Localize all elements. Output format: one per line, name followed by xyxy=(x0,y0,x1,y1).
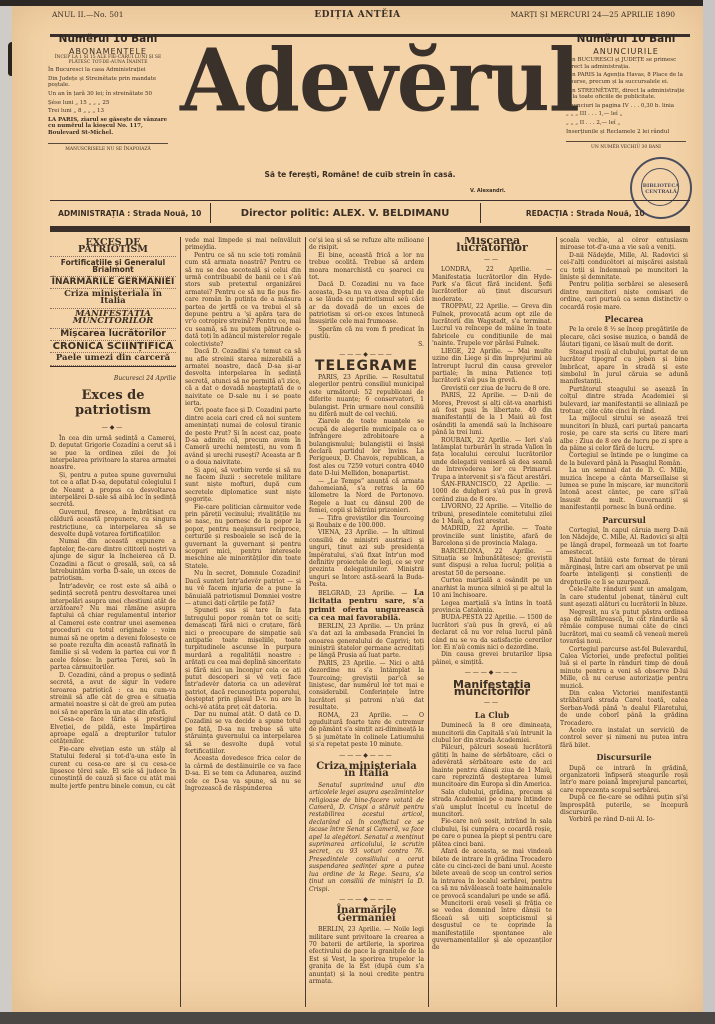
paragraph: Vorbiră pe rând D-nii Al. Io- xyxy=(560,816,688,823)
paragraph: Cele-l'alte rânduri sunt un amalgam, în … xyxy=(560,586,688,608)
subheading-parcursul: Parcursul xyxy=(560,517,688,524)
paragraph: PARIS, 22 Aprilie. — D-nii de Mores, Pre… xyxy=(432,392,552,436)
paragraph: Negreșit, nu s'a putut păstra ordinea aș… xyxy=(560,609,688,646)
masthead-motto: Să te ferești, Române! de cuĭb strein în… xyxy=(180,170,540,179)
paragraph: LIVORNO, 22 Aprilie. — Vitellio de tribu… xyxy=(432,503,552,525)
paragraph: Senatul suprimând unul din articolele le… xyxy=(309,782,424,893)
paragraph: școala vechie, al cĕror entusiasm miroas… xyxy=(560,237,688,252)
paragraph: Fie-care noŭ sosit, intrând în sala club… xyxy=(432,818,552,848)
section-heading-criza: Criza ministeriala în Italia xyxy=(309,763,424,778)
paragraph: Dacă D. Cozadini s'a temut ca să nu afle… xyxy=(185,348,301,407)
paragraph: Duminecă la 8 ore dimineața, muncitorii … xyxy=(432,722,552,744)
paragraph: D-nii Nădejde, Mille, Al. Radovici și ce… xyxy=(560,252,688,282)
column-rule xyxy=(305,237,306,1007)
admin-bar: ADMINISTRAȚIA : Strada Nouă, 10 Director… xyxy=(50,203,690,223)
section-heading-telegrame: TELEGRAME xyxy=(309,363,424,370)
paragraph: Numai din această expunere a faptelor, f… xyxy=(50,538,176,582)
paragraph: TROPPAU, 22 Aprilie. — Greva din Fulnek,… xyxy=(432,303,552,347)
paragraph: Aceasta dovedesce frica celor de la cârm… xyxy=(185,755,301,792)
price-label-right: Numĕrul 10 Bani xyxy=(566,36,686,43)
paragraph: Dacă D. Cozadini nu va face aceasta, D-s… xyxy=(309,281,424,325)
paragraph: După ce intrară în grădină, organizatori… xyxy=(560,765,688,795)
paragraph: Pe la orele 8 ½ se încep pregătirile de … xyxy=(560,326,688,348)
paragraph: Sperăm că nu vom fi predicat în pustiŭ. xyxy=(309,326,424,341)
subscription-line: LA PARIS, ziarul se găsește de vânzare c… xyxy=(48,117,168,137)
telegram: — Țifra greviștilor din Tourcoing și Rou… xyxy=(309,515,424,530)
paragraph: LIEGE, 22 Aprilie. — Mai multe uzine din… xyxy=(432,348,552,385)
subscription-line: Un an în țară 30 lei; în streinătate 50 xyxy=(48,91,168,98)
article-headline: Exces de patriotism xyxy=(50,388,176,418)
ads-line: Din PARIS la Agenția Havas, 8 Place de l… xyxy=(566,72,686,85)
ads-heading: ANUNCIURILE xyxy=(566,49,686,56)
paragraph: Din calea Victoriei manifestanții străbă… xyxy=(560,690,688,727)
telegram: Ziarele de toate nuanțele se ocupă de al… xyxy=(309,418,424,477)
paragraph: Fie-care elvețian este un stâlp al Statu… xyxy=(50,746,176,790)
paragraph: Fie-care politician cârmuitor vede prin … xyxy=(185,504,301,571)
article-dateline: Bucuresci 24 Aprilie xyxy=(50,375,176,382)
paragraph: Pentru ce să nu scie toți românii cum st… xyxy=(185,252,301,348)
section-heading-inarmari: Înarmările Germaniei xyxy=(309,907,424,922)
masthead-title: Adevĕrul xyxy=(180,38,530,124)
column-3: ce'și iea și să se refuze alte milioane … xyxy=(309,237,424,1007)
ads-line: Din STREINĔTATE, direct la administrație… xyxy=(566,88,686,101)
subscription-line: În Bucuresci la casa Administrației xyxy=(48,67,168,74)
paragraph: Pâlcuri, pâlcuri soseaŭ lucrătorii gătiț… xyxy=(432,744,552,788)
paragraph: Ei bine, această frică a lor nu trebue o… xyxy=(309,252,424,282)
paragraph: Ori poate face și D. Cozadini parte dint… xyxy=(185,407,301,466)
paragraph: Purtătorul steagului se așează în colțul… xyxy=(560,386,688,416)
scan-edge-right xyxy=(703,0,715,1024)
manuscripts-note: MANUSCRISELE NU SE ÎNAPOIAZĂ xyxy=(48,143,168,152)
issue-date: MARȚI ȘI MERCURI 24—25 APRILIE 1890 xyxy=(511,10,675,19)
column-rule xyxy=(180,237,181,1007)
column-1: EXCES DE PATRIOTISM Fortificațiile și Ge… xyxy=(50,237,176,1007)
toc-item: ÎNARMĂRILE GERMANIEI xyxy=(50,277,176,289)
price-label-left: Numĕrul 10 Bani xyxy=(48,36,168,43)
paragraph: Legea marțială s'a întins în toată provi… xyxy=(432,600,552,615)
paragraph: Muncitorii eraŭ veseli și frăția ce se v… xyxy=(432,900,552,952)
ads-line: Inserțiunile și Reclamele 2 lei rândul xyxy=(566,129,686,136)
toc-item: Criza ministeriala în Italia xyxy=(50,289,176,309)
administration-address: ADMINISTRAȚIA : Strada Nouă, 10 xyxy=(50,203,211,223)
paragraph: Într'adevĕr, ce rost este să aibă o ședi… xyxy=(50,583,176,672)
column-2: vede mai limpede și mai neînvăluit prime… xyxy=(185,237,301,1007)
admin-rule-bottom xyxy=(50,226,690,232)
paragraph: LONDRA, 22 Aprilie. — Manifestația lucră… xyxy=(432,266,552,303)
paragraph: SAN-FRANCISCO, 22 Aprilie. — 1000 de dul… xyxy=(432,481,552,503)
paragraph: Cortegiul parcurse ast-fel Bulevardul, C… xyxy=(560,646,688,690)
telegram: ROMA, 23 Aprilie. — O zguduitură foarte … xyxy=(309,712,424,749)
subscription-line: Trei luni „ 8 „ „ „ 13 xyxy=(48,108,168,115)
column-rule xyxy=(556,237,557,1007)
telegram: — „Le Temps” anunță că armata dahomeiană… xyxy=(309,478,424,515)
admin-rule-top xyxy=(50,200,690,201)
paragraph: ROUBAIX, 22 Aprilie. — Ieri s'aŭ întâmpl… xyxy=(432,437,552,481)
article-signature: S. xyxy=(309,341,424,348)
section-heading-miscarea: Mișcarea lucrătorilor xyxy=(432,237,552,252)
subheading-plecarea: Plecarea xyxy=(560,316,688,323)
paragraph: Spuneți sus și tare în fața întregului p… xyxy=(185,607,301,711)
subscription-line: Șése luni „ 15 „ „ „ 25 xyxy=(48,100,168,107)
paragraph: D. Cozadini, când a propus o ședință sec… xyxy=(50,672,176,716)
ornament: —— xyxy=(432,699,552,706)
ornament: —◆— xyxy=(50,424,176,431)
paragraph: Sala clubului, grădina, precum și strada… xyxy=(432,789,552,819)
paragraph: Rândul întâiŭ este format de țĕrani mărg… xyxy=(560,557,688,587)
library-stamp: BIBLIOTECA CENTRALĂ xyxy=(630,157,692,219)
subheading-discursurile: Discursurile xyxy=(560,754,688,761)
paragraph: Și, pentru a putea spune guvernului tot … xyxy=(50,472,176,509)
table-of-contents: EXCES DE PATRIOTISM Fortificațiile și Ge… xyxy=(50,237,176,367)
paragraph: Din causa grevei brutarilor lipsa pâinei… xyxy=(432,651,552,666)
ads-line: „ „ „ III . . . 1,— leĭ „ xyxy=(566,111,686,118)
toc-item: EXCES DE PATRIOTISM xyxy=(50,237,176,257)
scan-edge-bottom xyxy=(0,1012,715,1024)
paragraph: Și apoi, să vorbim verde și să nu ne fac… xyxy=(185,467,301,504)
subscriptions-note: ÎNCEP LA 1 ȘI 15 ALE FIE-CĂRUI LUNI ȘI S… xyxy=(48,55,168,65)
paragraph: Acolo era instalat un serviciŭ de contro… xyxy=(560,727,688,749)
toc-item: Paele umezi din carceră xyxy=(50,353,176,365)
political-director: Director politic: ALEX. V. BELDIMANU xyxy=(211,203,481,223)
old-issue-note: UN NUMĔR VECHIŬ 30 BANI xyxy=(566,141,686,150)
column-5: școala vechie, al cĕror entusiasm miroas… xyxy=(560,237,688,1007)
section-heading-manifestatia: Manifestația muncitorilor xyxy=(432,681,552,696)
ornament: ———◆——— xyxy=(309,752,424,759)
paragraph: Nu în secret, Domnule Cozadini! Dacă sun… xyxy=(185,570,301,607)
paragraph: În cea din urmă ședință a Camerei, D. de… xyxy=(50,435,176,472)
toc-item: MANIFESTAȚIA MUNCITORILOR xyxy=(50,309,176,329)
ads-line: Din BUCURESCI și JUDEȚE se primesc direc… xyxy=(566,57,686,70)
toc-item: Fortificațiile și Generalul Brialmont xyxy=(50,257,176,277)
column-4: Mișcarea lucrătorilor —— LONDRA, 22 Apri… xyxy=(432,237,552,1007)
toc-item: Mișcarea lucrătorilor xyxy=(50,329,176,341)
ornament: ———◆——— xyxy=(309,896,424,903)
paragraph: BARCELONA, 22 Aprilie. — Situația se îmb… xyxy=(432,548,552,578)
telegram: VIENA, 23 Aprilie. — În ultimul consiliŭ… xyxy=(309,529,424,588)
paragraph: BERLIN, 23 Aprilie. — Noile legi militar… xyxy=(309,926,424,985)
paragraph: La mijlocul șirului se așează trei munci… xyxy=(560,415,688,452)
telegram: PARIS, 23 Aprilie. — Resultatul alegeril… xyxy=(309,374,424,418)
motto-author: V. Alexandri. xyxy=(470,188,506,194)
paragraph: Cortegiul se întinde pe o lungime ca de … xyxy=(560,452,688,467)
paragraph: După ce fie-care se odihni puțin și'și î… xyxy=(560,794,688,816)
paragraph: Cesa-ce face tăria și prestigiul Elveție… xyxy=(50,716,176,746)
stamp-text: BIBLIOTECA CENTRALĂ xyxy=(632,183,690,195)
ads-box: Numĕrul 10 Bani ANUNCIURILE Din BUCURESC… xyxy=(566,36,686,150)
paragraph: Dar nu numai atât. O dată ce D. Cozadini… xyxy=(185,711,301,755)
ads-line: „ „ „ II . . . 2,— leĭ „ xyxy=(566,120,686,127)
paragraph: Pentru poliția serbărei se aleseseră din… xyxy=(560,281,688,311)
telegram: BERLIN, 23 Aprilie. — Un prânz s'a dat a… xyxy=(309,623,424,660)
paragraph: Cortegiul, în capul căruia merg D-nii Io… xyxy=(560,527,688,557)
ornament: ———◆——— xyxy=(432,669,552,676)
paragraph: vede mai limpede și mai neînvăluit prime… xyxy=(185,237,301,252)
scan-edge-top xyxy=(0,0,715,6)
telegram: PARIS, 23 Aprilie. — Nici o altă dezordi… xyxy=(309,660,424,712)
column-rule xyxy=(428,237,429,1007)
paragraph: La un semnal dat de D. C. Mille, muzica … xyxy=(560,467,688,511)
ornament: —— xyxy=(432,256,552,263)
paragraph: Afară de aceasta, se mai vindeaŭ bilete … xyxy=(432,848,552,900)
toc-item: CRONICA SCIINȚIFICA xyxy=(50,341,176,353)
paragraph: Greviștii cer ziua de lucru de 8 ore. xyxy=(432,385,552,392)
paragraph: MADRID, 22 Aprilie. — Toate provinciile … xyxy=(432,525,552,547)
subscription-line: Din Județe și Streinĕtate prin mandate p… xyxy=(48,76,168,89)
subheading-la-club: La Club xyxy=(432,712,552,719)
dateline: ANUL II.—No. 501 EDIȚIA ANTĔIA MARȚI ȘI … xyxy=(40,10,675,24)
paragraph: Curtea marțială a osândit pe un anarhist… xyxy=(432,577,552,599)
paragraph: BUDA-PESTA 22 Aprilie. — 1500 de lucrăto… xyxy=(432,614,552,651)
subscriptions-box: Numĕrul 10 Bani ABONAMENTELE ÎNCEP LA 1 … xyxy=(48,36,168,152)
ads-line: Anunciuri la pagina IV . . . 0,30 b. lin… xyxy=(566,103,686,110)
paragraph: ce'și iea și să se refuze alte milioane … xyxy=(309,237,424,252)
paragraph: Steagul roșiŭ al clubului, purtat de un … xyxy=(560,349,688,386)
paragraph: Guvernul, firesce, a îmbrățișat cu căldu… xyxy=(50,509,176,539)
